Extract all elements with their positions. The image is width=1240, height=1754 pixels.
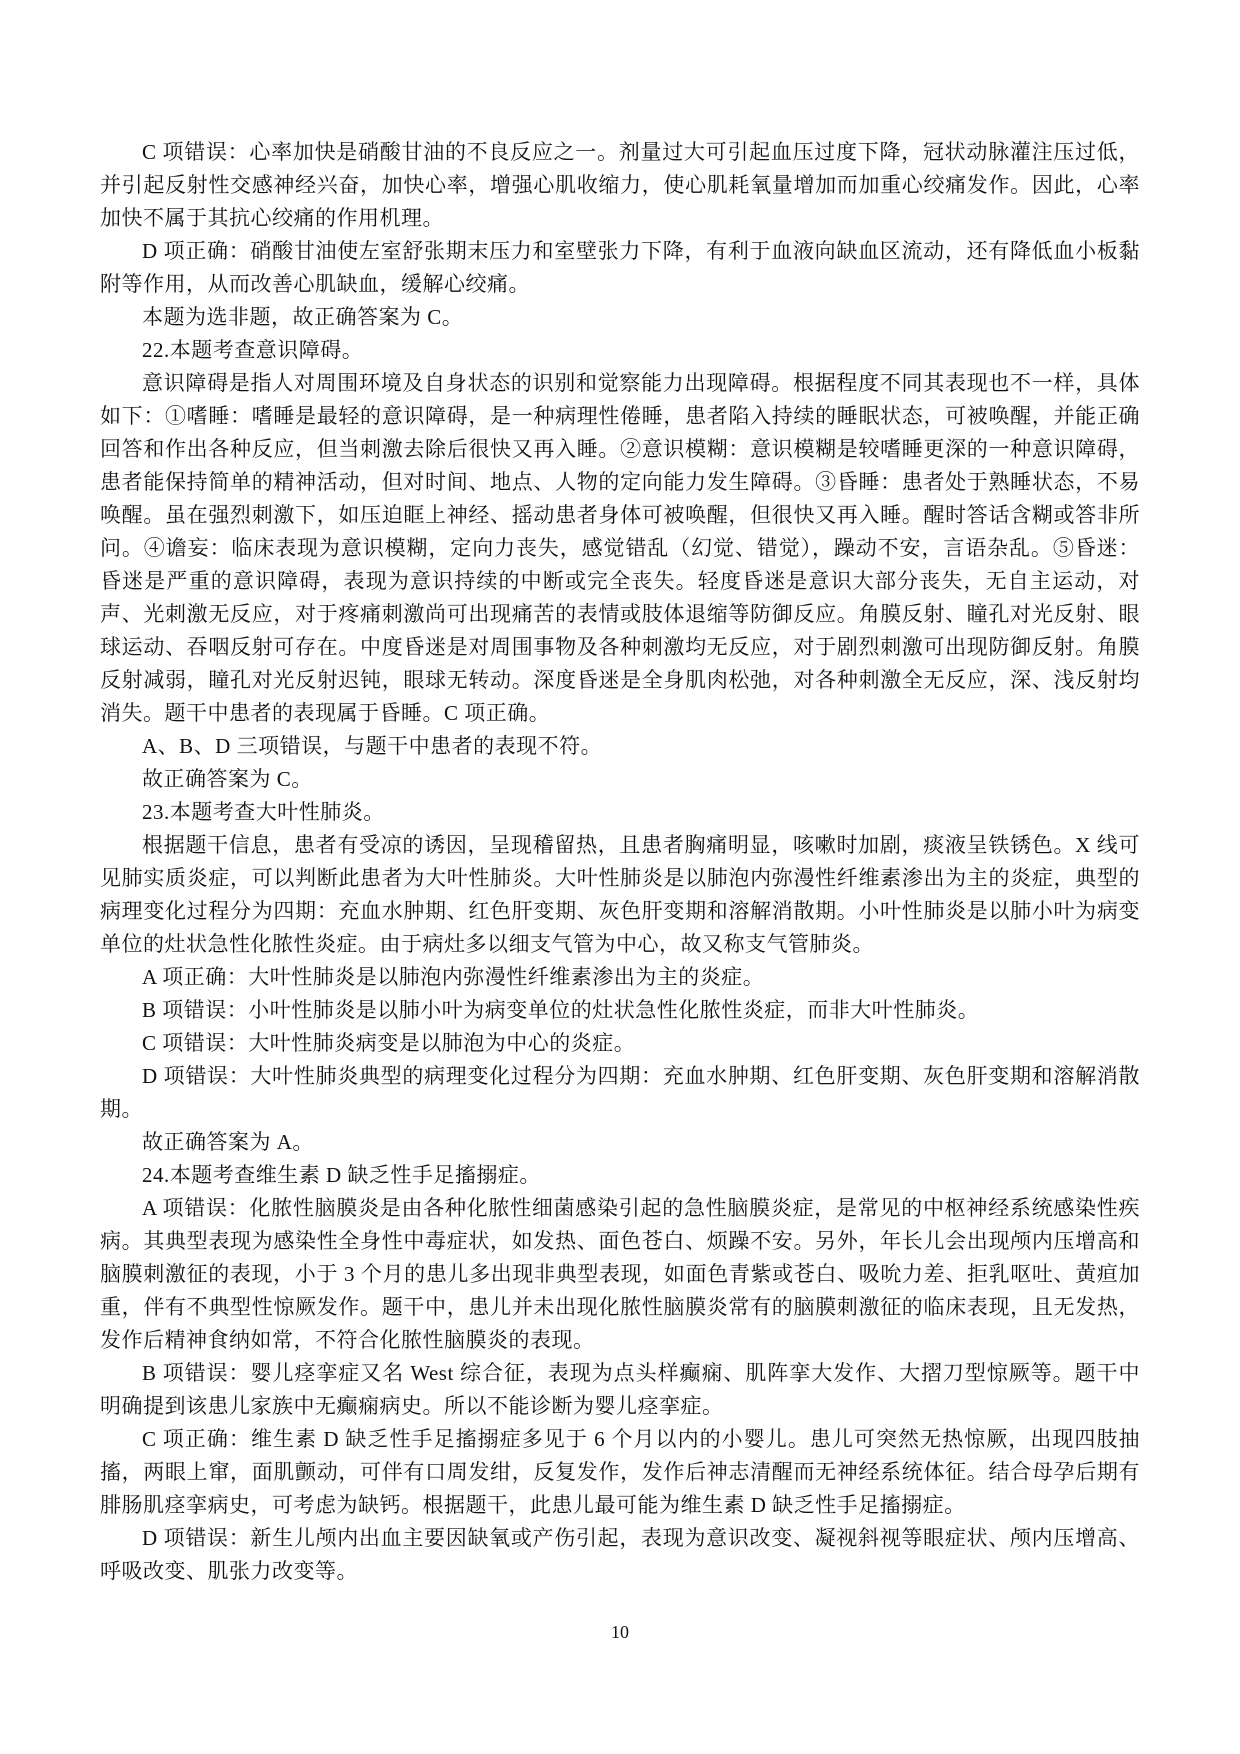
page-number: 10 (611, 1622, 629, 1642)
document-page: C 项错误：心率加快是硝酸甘油的不良反应之一。剂量过大可引起血压过度下降，冠状动… (0, 0, 1240, 1754)
paragraph-conclusion-q21: 本题为选非题，故正确答案为 C。 (100, 301, 1140, 334)
paragraph-q24-option-c: C 项正确：维生素 D 缺乏性手足搐搦症多见于 6 个月以内的小婴儿。患儿可突然… (100, 1423, 1140, 1522)
paragraph-answer-c: C 项错误：心率加快是硝酸甘油的不良反应之一。剂量过大可引起血压过度下降，冠状动… (100, 136, 1140, 235)
paragraph-q22-explanation: 意识障碍是指人对周围环境及自身状态的识别和觉察能力出现障碍。根据程度不同其表现也… (100, 367, 1140, 730)
paragraph-q23-explanation: 根据题干信息，患者有受凉的诱因，呈现稽留热，且患者胸痛明显，咳嗽时加剧，痰液呈铁… (100, 829, 1140, 961)
paragraph-q23-option-b: B 项错误：小叶性肺炎是以肺小叶为病变单位的灶状急性化脓性炎症，而非大叶性肺炎。 (100, 994, 1140, 1027)
paragraph-q23-option-a: A 项正确：大叶性肺炎是以肺泡内弥漫性纤维素渗出为主的炎症。 (100, 961, 1140, 994)
paragraph-q24-option-a: A 项错误：化脓性脑膜炎是由各种化脓性细菌感染引起的急性脑膜炎症，是常见的中枢神… (100, 1192, 1140, 1357)
paragraph-q23-option-d: D 项错误：大叶性肺炎典型的病理变化过程分为四期：充血水肿期、红色肝变期、灰色肝… (100, 1060, 1140, 1126)
paragraph-q22-title: 22.本题考查意识障碍。 (100, 334, 1140, 367)
paragraph-q23-option-c: C 项错误：大叶性肺炎病变是以肺泡为中心的炎症。 (100, 1027, 1140, 1060)
paragraph-answer-d: D 项正确：硝酸甘油使左室舒张期末压力和室壁张力下降，有利于血液向缺血区流动，还… (100, 235, 1140, 301)
paragraph-q23-title: 23.本题考查大叶性肺炎。 (100, 796, 1140, 829)
paragraph-q24-title: 24.本题考查维生素 D 缺乏性手足搐搦症。 (100, 1159, 1140, 1192)
paragraph-q22-wrong-options: A、B、D 三项错误，与题干中患者的表现不符。 (100, 730, 1140, 763)
paragraph-conclusion-q22: 故正确答案为 C。 (100, 763, 1140, 796)
page-footer: 10 (0, 1620, 1240, 1644)
paragraph-q24-option-d: D 项错误：新生儿颅内出血主要因缺氧或产伤引起，表现为意识改变、凝视斜视等眼症状… (100, 1522, 1140, 1588)
paragraph-q24-option-b: B 项错误：婴儿痉挛症又名 West 综合征，表现为点头样癫痫、肌阵挛大发作、大… (100, 1357, 1140, 1423)
document-body: C 项错误：心率加快是硝酸甘油的不良反应之一。剂量过大可引起血压过度下降，冠状动… (100, 136, 1140, 1588)
paragraph-conclusion-q23: 故正确答案为 A。 (100, 1126, 1140, 1159)
